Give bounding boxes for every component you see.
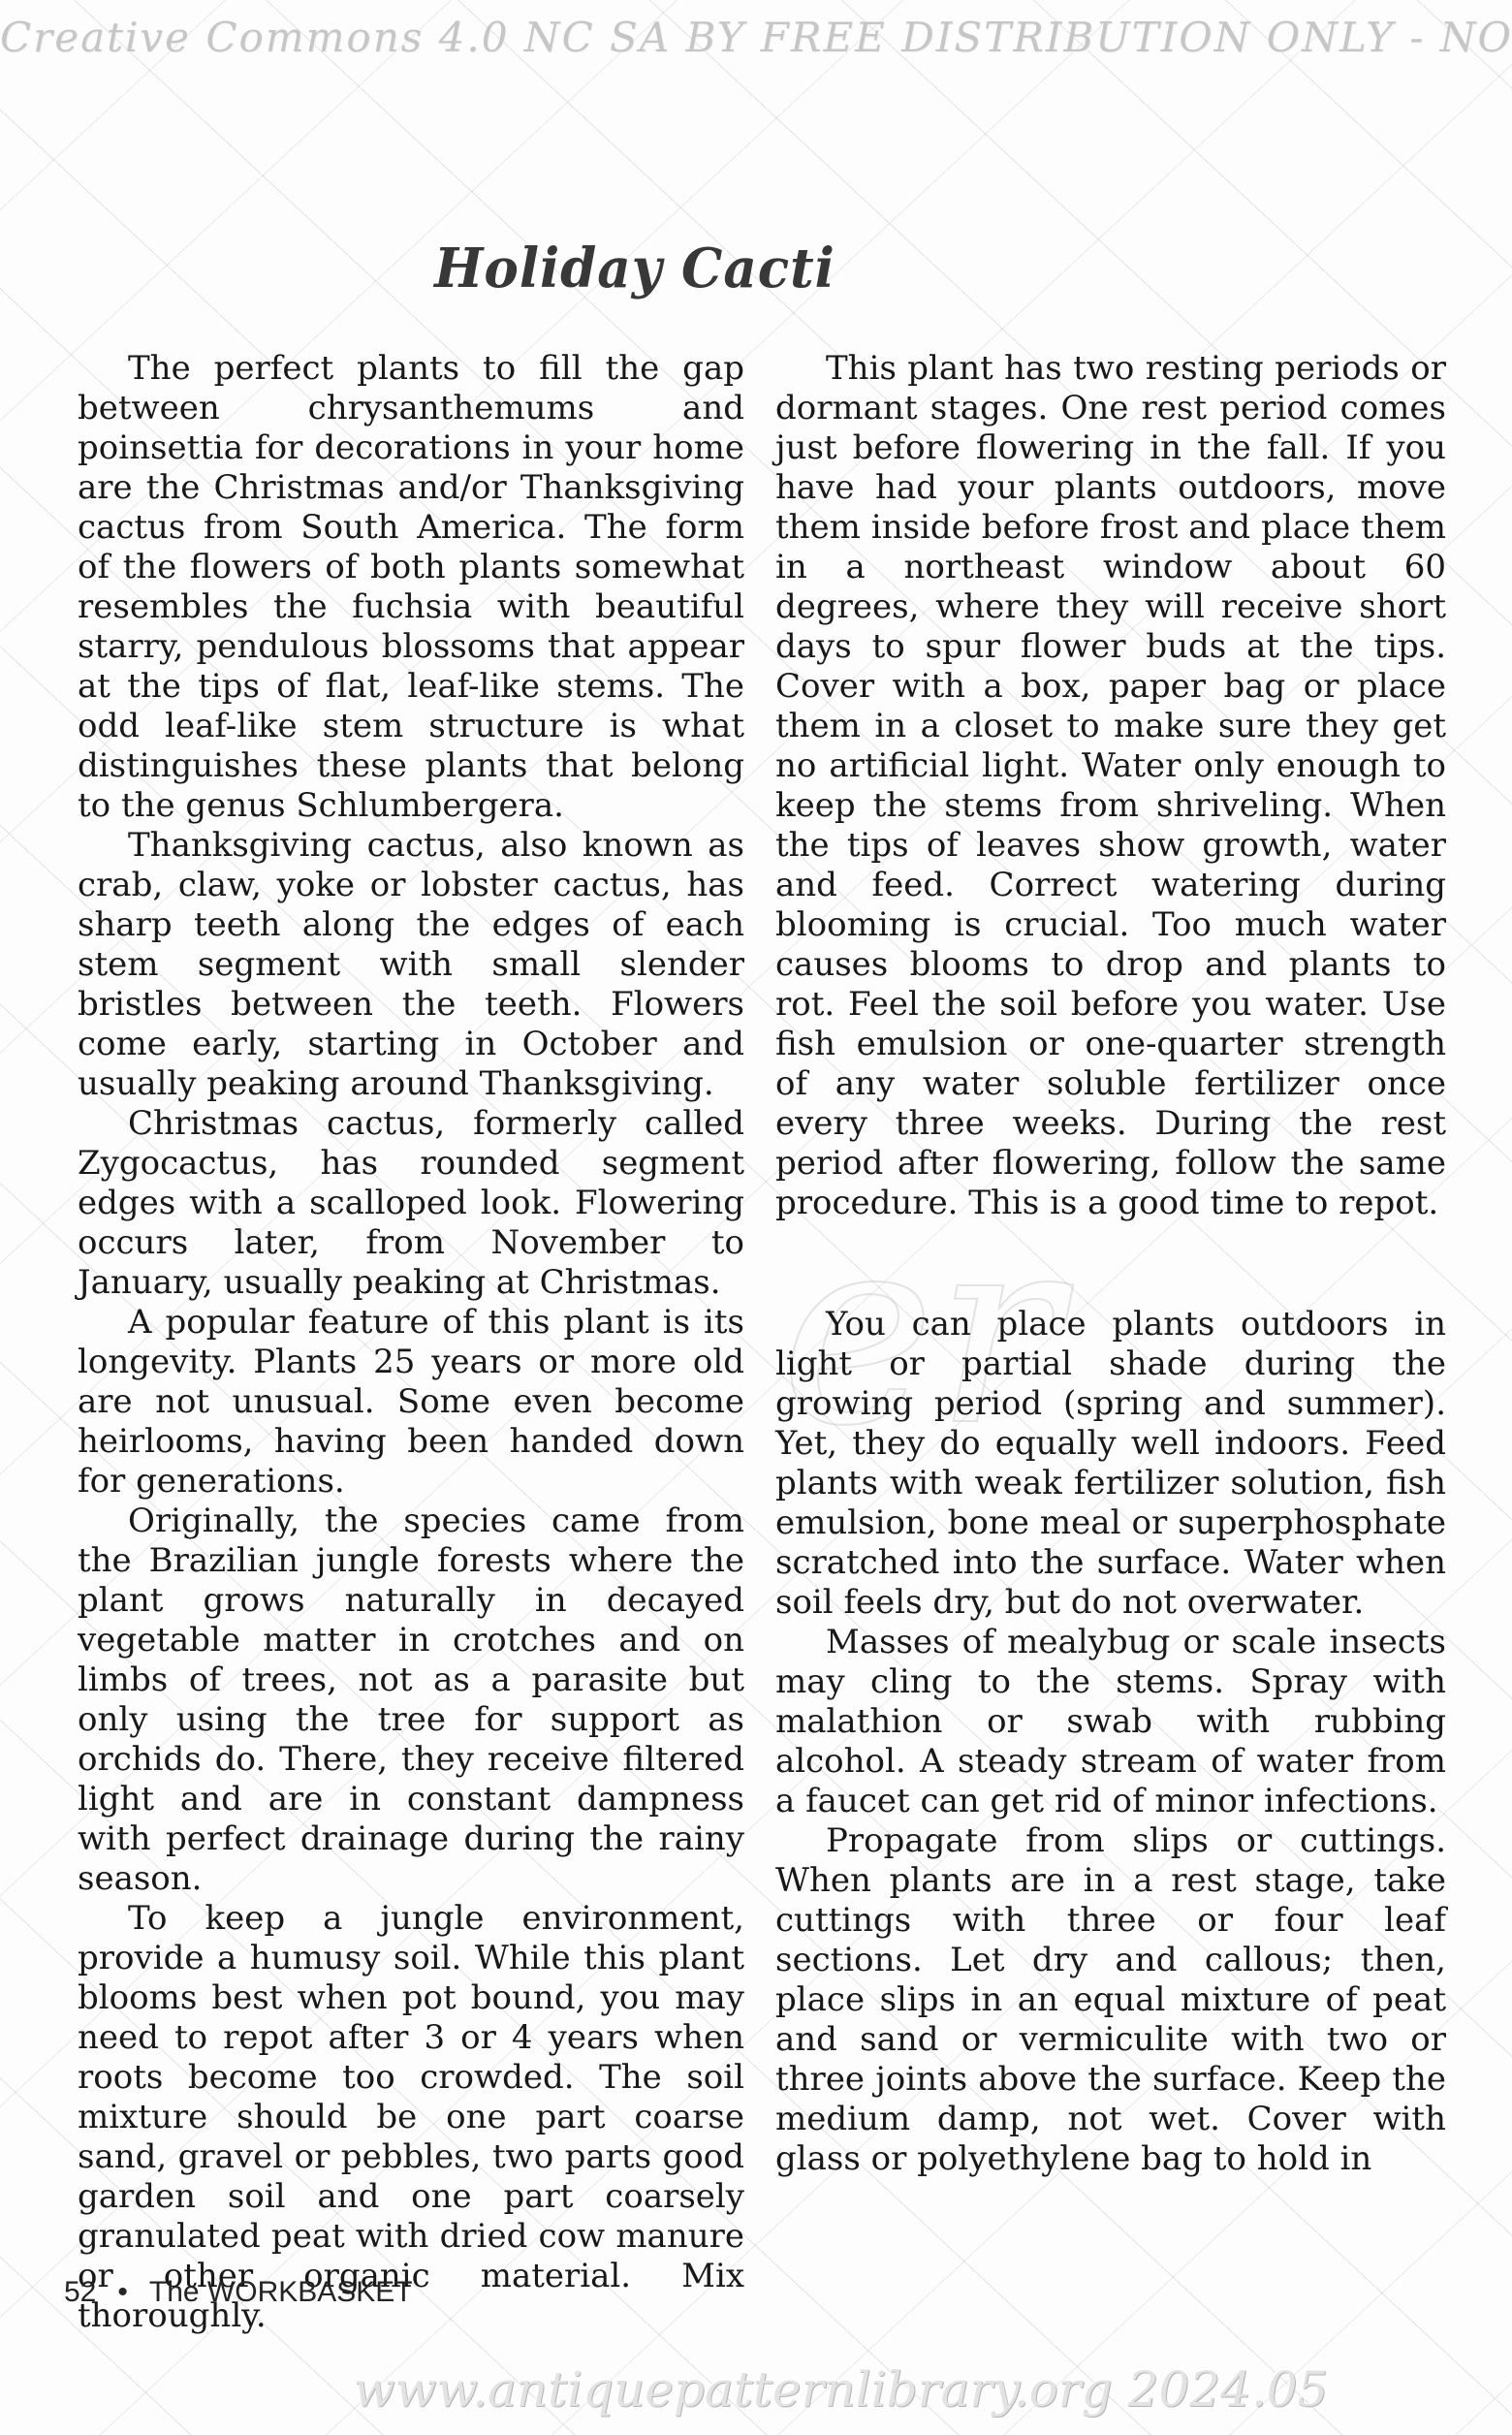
paragraph: A popular feature of this plant is its l… — [78, 1303, 744, 1502]
article-right-column: This plant has two resting periods or do… — [775, 349, 1446, 2179]
scanned-magazine-page: { "page": { "top_watermark": "Creative C… — [0, 0, 1512, 2435]
paragraph: Thanksgiving cactus, also known as crab,… — [78, 826, 744, 1104]
page-number: 52 — [64, 2276, 96, 2309]
paragraph: Propagate from slips or cuttings. When p… — [775, 1821, 1446, 2179]
paragraph: To keep a jungle environment, provide a … — [78, 1899, 744, 2336]
page-footer: 52 • The WORKBASKET — [64, 2276, 413, 2309]
paragraph: This plant has two resting periods or do… — [775, 349, 1446, 1223]
paragraph: The perfect plants to fill the gap betwe… — [78, 349, 744, 826]
library-url-watermark: www.antiquepatternlibrary.org 2024.05 — [0, 2361, 1512, 2418]
paragraph: You can place plants outdoors in light o… — [775, 1305, 1446, 1623]
paragraph: Originally, the species came from the Br… — [78, 1502, 744, 1899]
page-title: Holiday Cacti — [363, 237, 907, 300]
article-left-column: The perfect plants to fill the gap betwe… — [78, 349, 744, 2336]
paragraph: Christmas cactus, formerly called Zygoca… — [78, 1104, 744, 1303]
paragraph: Masses of mealybug or scale insects may … — [775, 1623, 1446, 1821]
footer-bullet-icon: • — [117, 2276, 128, 2309]
magazine-name: The WORKBASKET — [149, 2276, 413, 2309]
creative-commons-watermark: Creative Commons 4.0 NC SA BY FREE DISTR… — [0, 14, 1512, 61]
